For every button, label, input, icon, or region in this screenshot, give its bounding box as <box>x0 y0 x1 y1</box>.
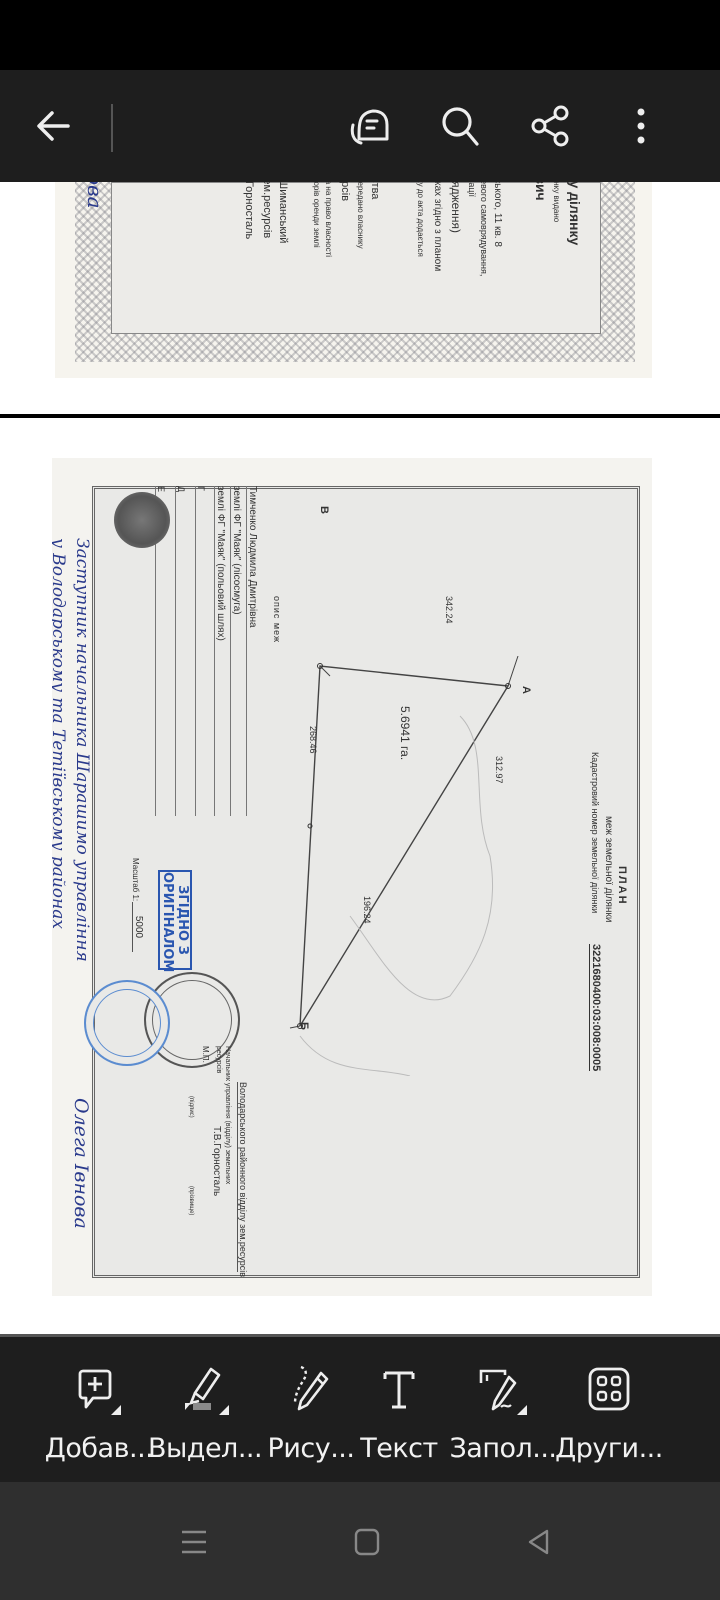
share-button[interactable] <box>521 96 581 156</box>
scale-value: 5000 <box>132 902 144 952</box>
segment-length-ca: 342.24 <box>444 596 454 624</box>
cadastral-number: 3221680400:03:008:0005 <box>589 944 602 1071</box>
point-label-a: А <box>520 686 532 694</box>
page1-line: держадміністрації <box>467 182 477 197</box>
handwriting-line-3: Олега Івнова <box>70 1098 92 1229</box>
fill-sign-icon <box>473 1365 533 1417</box>
text-tool[interactable]: Текст <box>346 1365 452 1475</box>
segment-length-bc1: 196.24 <box>362 896 372 924</box>
status-bar <box>0 0 720 70</box>
boundary-heading: опис меж <box>272 596 282 643</box>
boundary-text: землі ФГ "Маяк" (лісосмуга) <box>231 486 242 615</box>
sign-caption: (підпис) <box>188 1096 194 1118</box>
page1-handwriting-text: а Івнова <box>83 182 107 209</box>
page1-handwriting: а Івнова <box>67 182 107 322</box>
back-nav-button[interactable] <box>510 1512 570 1572</box>
plan-subtitle: меж земельної ділянки <box>603 816 614 922</box>
handwriting-line-2: у Володарському та Тетіївському районах <box>52 538 68 929</box>
segment-length-ab: 312.97 <box>494 756 504 784</box>
page1-line: ілі зем.ресурсів <box>339 182 351 201</box>
boundary-point: Г <box>196 486 206 491</box>
point-label-b: В <box>318 506 330 514</box>
more-vert-icon <box>631 104 651 148</box>
more-tools-label: Други... <box>555 1433 663 1464</box>
page1-line: го відділу зем.ресурсів <box>261 182 273 238</box>
more-options-button[interactable] <box>611 96 671 156</box>
fill-sign-tool[interactable]: Запол... <box>450 1365 556 1475</box>
fill-sign-label: Запол... <box>449 1433 556 1464</box>
search-icon <box>439 104 483 148</box>
handwriting-line-1: Заступник начальника Шарашимо управління <box>72 538 92 962</box>
back-button[interactable] <box>24 96 84 156</box>
more-tools-icon <box>579 1365 639 1417</box>
page1-line: ю органу місцевого самоврядування, <box>479 182 489 276</box>
text-icon <box>369 1365 429 1417</box>
annotation-toolbar: Добав... Выдел... Рису... <box>0 1334 720 1482</box>
document-viewer[interactable]: й АКТ земельну ділянку а земельну ділянк… <box>0 182 720 1334</box>
page1-line: тверджених акта на право власності <box>324 182 333 257</box>
plan-title: ПЛАН <box>616 866 628 906</box>
page2-content: ПЛАН меж земельної ділянки Кадастровий н… <box>92 486 640 1278</box>
highlight-label: Выдел... <box>148 1433 262 1464</box>
toolbar-divider <box>111 104 113 152</box>
home-button[interactable] <box>337 1512 397 1572</box>
page1-line: земельну ділянку до акта додається <box>416 182 425 257</box>
boundary-text: землі ФГ "Маяк" (польовий шлях) <box>215 486 226 641</box>
chief-department: Володарського районного відділу зем.ресу… <box>237 1082 248 1272</box>
boundary-row: Г <box>195 486 206 816</box>
back-triangle-icon <box>525 1527 555 1557</box>
system-nav-bar <box>0 1482 720 1600</box>
page1-text-block-2: ої ділянки о господарства перший з яких … <box>95 182 395 302</box>
embossed-seal <box>114 492 170 548</box>
point-label-v: Б <box>298 1022 310 1030</box>
back-arrow-icon <box>34 106 74 146</box>
round-seal-blue <box>84 980 170 1066</box>
boundary-row: землі ФГ "Маяк" (лісосмуга) <box>230 486 242 816</box>
home-icon <box>352 1527 382 1557</box>
page1-area: 6941 га у межах згідно з планом <box>432 182 443 271</box>
search-button[interactable] <box>431 96 491 156</box>
page1-line: перший з яких передано власнику <box>356 182 365 249</box>
top-toolbar <box>0 70 720 182</box>
page1-line: з землею, договорів оренди землі <box>312 182 321 248</box>
page-divider <box>0 414 720 418</box>
boundary-text: Тимченко Людмила Дмитрівна <box>247 486 258 628</box>
boundary-point: Д <box>176 486 186 492</box>
draw-label: Рису... <box>268 1433 355 1464</box>
add-comment-label: Добав... <box>45 1433 153 1464</box>
boundary-point: Е <box>156 486 166 492</box>
recents-button[interactable] <box>164 1512 224 1572</box>
comments-button[interactable] <box>340 96 400 156</box>
recents-icon <box>179 1527 209 1557</box>
page1-owner-name: Вікторович <box>533 182 549 201</box>
parcel-area: 5.6941 га. <box>398 706 412 760</box>
highlight-tool[interactable]: Выдел... <box>152 1365 258 1475</box>
boundary-row: Тимченко Людмила Дмитрівна <box>246 486 258 816</box>
page1-line: а земельну ділянку видано <box>552 182 561 222</box>
mp-label: М.П. <box>201 1046 210 1063</box>
document-page-2: ПЛАН меж земельної ділянки Кадастровий н… <box>52 458 652 1296</box>
stamp-line-2: ОРИГІНАЛОМ <box>160 872 175 968</box>
add-comment-tool[interactable]: Добав... <box>46 1365 152 1475</box>
handwritten-certification-2: у Володарському та Тетіївському районах <box>52 538 68 1278</box>
boundary-row: землі ФГ "Маяк" (польовий шлях) <box>214 486 226 816</box>
name-caption: (прізвище) <box>188 1186 194 1215</box>
stamp-line-1: ЗГІДНО З <box>175 872 190 968</box>
scale-label: Масштаб 1: <box>131 858 140 901</box>
text-label: Текст <box>360 1433 438 1464</box>
document-page-1: й АКТ земельну ділянку а земельну ділянк… <box>55 182 652 378</box>
certified-copy-stamp: ЗГІДНО З ОРИГІНАЛОМ <box>158 870 192 970</box>
page1-line: о господарства <box>369 182 381 199</box>
page1-decision: 13 (розпорядження) <box>449 182 463 233</box>
comments-list-icon <box>347 103 393 149</box>
more-tools[interactable]: Други... <box>556 1365 662 1475</box>
add-comment-icon <box>69 1365 129 1417</box>
highlighter-icon <box>175 1365 235 1417</box>
share-icon <box>528 103 574 149</box>
page1-title-line-2: земельну ділянку <box>567 182 583 245</box>
boundary-row: Д <box>175 486 186 816</box>
chief-name: Т.В.Горносталь <box>211 1126 222 1196</box>
segment-length-bc2: 268.46 <box>308 726 318 754</box>
page1-signatory-1: І.С.Шиманський <box>277 182 289 243</box>
page1-signatory-2: Т.В.Горносталь <box>243 182 255 239</box>
cadastral-label: Кадастровий номер земельної ділянки <box>590 752 600 913</box>
draw-pen-icon <box>281 1365 341 1417</box>
page1-address: т. Первомайського, 11 кв. 8 <box>492 182 503 247</box>
